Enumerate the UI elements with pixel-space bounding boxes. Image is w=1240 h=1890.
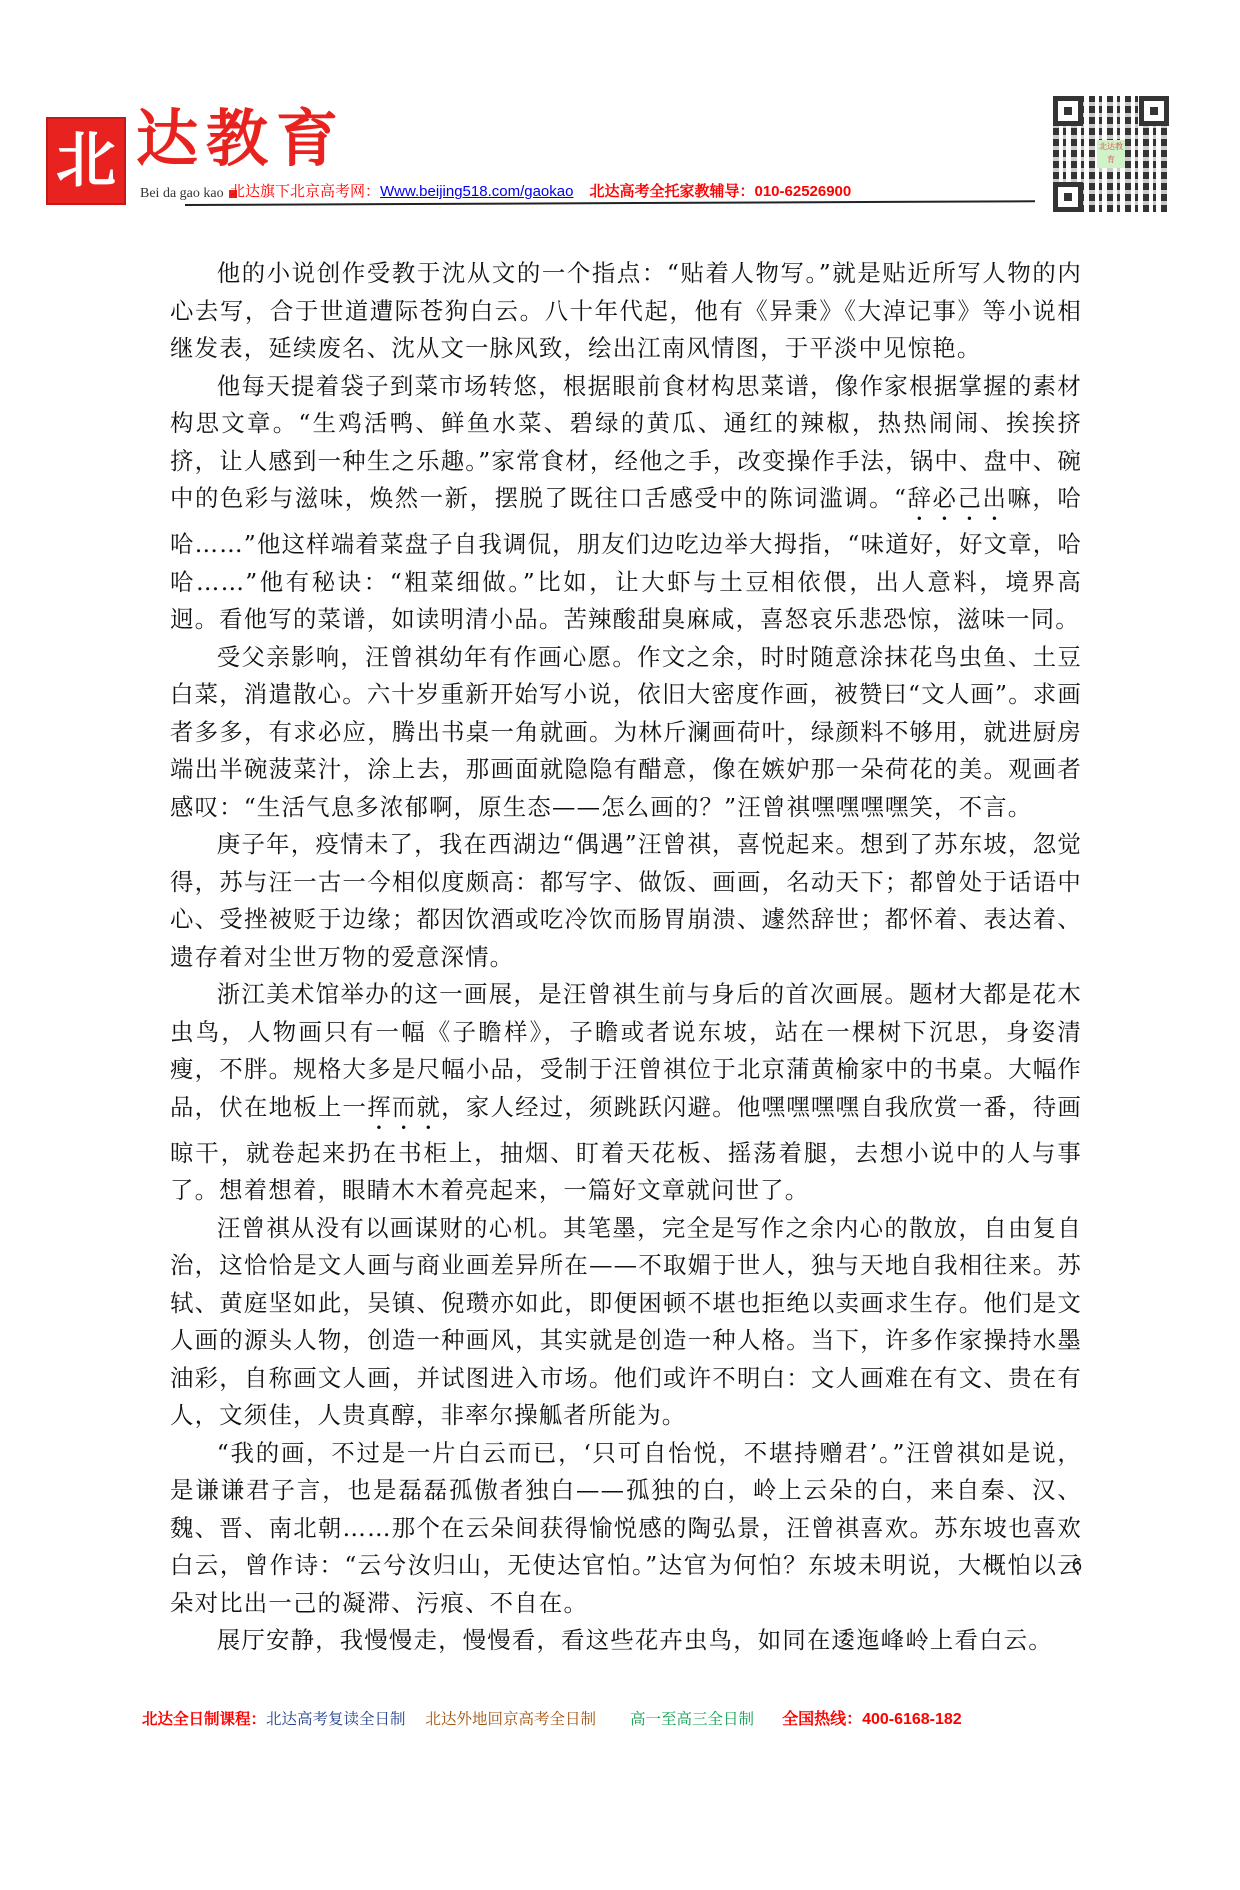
course-item: 高一至高三全日制: [630, 1707, 754, 1729]
paragraph: 汪曾祺从没有以画谋财的心机。其笔墨，完全是写作之余内心的散放，自由复自治，这恰恰…: [170, 1210, 1082, 1435]
header-contact-line: 北达旗下北京高考网： Www.beijing518.com/gaokao 北达高…: [230, 180, 851, 201]
course-item: 北达高考复读全日制: [266, 1707, 406, 1729]
page-number: 6: [1072, 1555, 1082, 1576]
qr-code-icon: 北达教育: [1053, 96, 1169, 212]
qr-finder-icon: [1139, 96, 1169, 126]
qr-badge: 北达教育: [1097, 140, 1125, 168]
paragraph: 他的小说创作受教于沈从文的一个指点：“贴着人物写。”就是贴近所写人物的内心去写，…: [170, 255, 1082, 368]
logo-text: 达教育: [136, 108, 346, 170]
site-link[interactable]: Www.beijing518.com/gaokao: [380, 183, 573, 200]
emphasized-phrase: 辞必己出: [907, 484, 1007, 512]
paragraph: 庚子年，疫情未了，我在西湖边“偶遇”汪曾祺，喜悦起来。想到了苏东坡，忽觉得，苏与…: [170, 826, 1082, 976]
paragraph: 他每天提着袋子到菜市场转悠，根据眼前食材构思菜谱，像作家根据掌握的素材构思文章。…: [170, 368, 1082, 639]
tutoring-label: 北达高考全托家教辅导：: [589, 180, 754, 201]
logo-mark: 北: [46, 117, 126, 205]
paragraph: “我的画，不过是一片白云而已，‘只可自怡悦，不堪持赠君’。”汪曾祺如是说，是谦谦…: [170, 1435, 1082, 1623]
paragraph: 展厅安静，我慢慢走，慢慢看，看这些花卉虫鸟，如同在逶迤峰岭上看白云。: [170, 1622, 1082, 1660]
logo-subtitle: Bei da gao kao: [140, 186, 237, 202]
footer-courses: 北达全日制课程： 北达高考复读全日制 北达外地回京高考全日制 高一至高三全日制 …: [142, 1706, 962, 1729]
qr-finder-icon: [1053, 96, 1083, 126]
logo-char: 北: [56, 131, 116, 191]
courses-label: 北达全日制课程：: [142, 1707, 266, 1729]
qr-finder-icon: [1053, 182, 1083, 212]
logo-subtitle-text: Bei da gao kao: [140, 186, 224, 201]
site-label: 北达旗下北京高考网：: [230, 180, 380, 201]
article-body: 他的小说创作受教于沈从文的一个指点：“贴着人物写。”就是贴近所写人物的内心去写，…: [170, 255, 1082, 1660]
paragraph: 浙江美术馆举办的这一画展，是汪曾祺生前与身后的首次画展。题材大都是花木虫鸟，人物…: [170, 976, 1082, 1210]
tutoring-phone: 010-62526900: [754, 183, 851, 200]
emphasized-phrase: 挥而就: [367, 1093, 441, 1121]
header-divider: [185, 200, 1035, 206]
paragraph: 受父亲影响，汪曾祺幼年有作画心愿。作文之余，时时随意涂抹花鸟虫鱼、土豆白菜，消遣…: [170, 639, 1082, 827]
course-item: 北达外地回京高考全日制: [426, 1707, 597, 1729]
hotline: 全国热线：400-6168-182: [782, 1706, 962, 1729]
